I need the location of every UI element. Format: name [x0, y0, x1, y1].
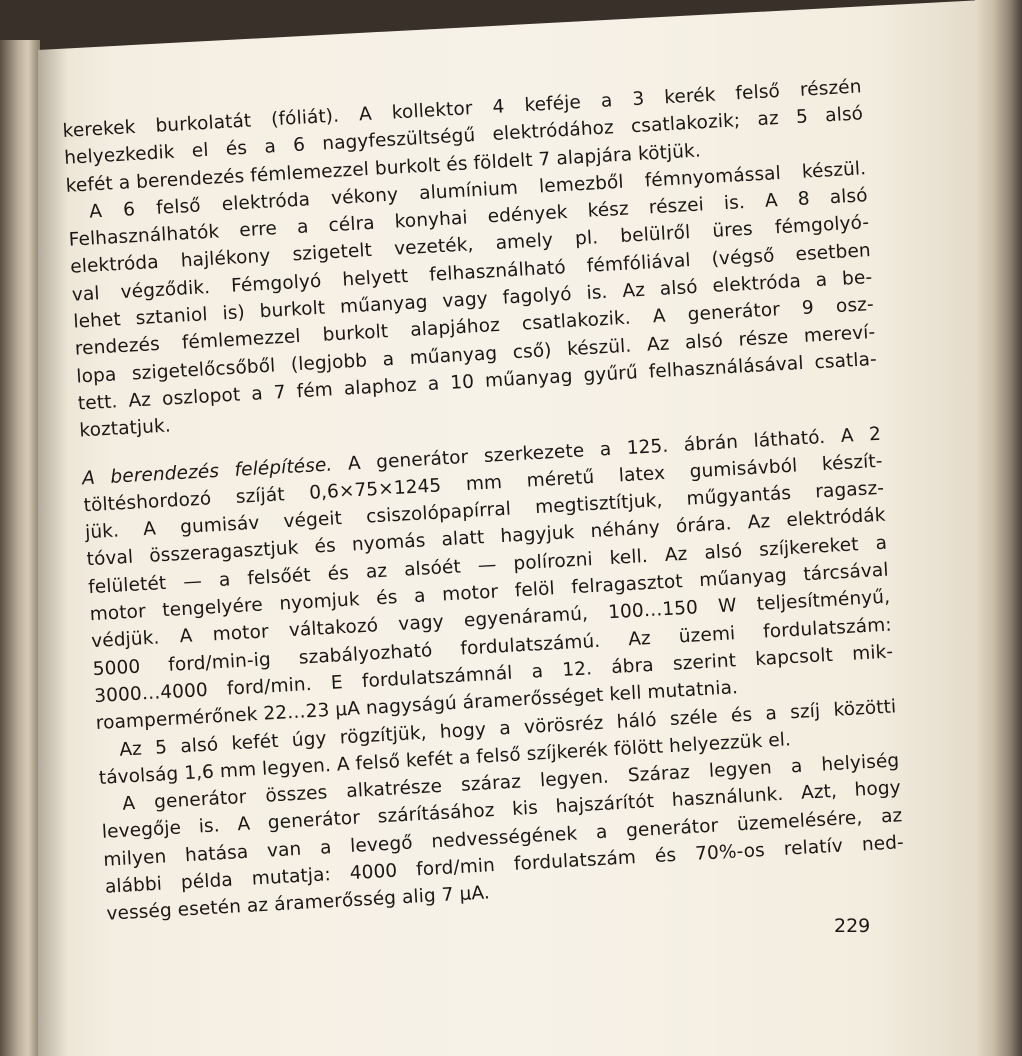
- paragraph-3: A berendezés felépítése. A generátor sze…: [81, 420, 895, 737]
- right-page-stack-edge: [975, 0, 1022, 1056]
- scanned-book-page-scene: kerekek burkolatát (fóliát). A kollektor…: [0, 0, 1022, 1056]
- page-body-text: kerekek burkolatát (fóliát). A kollektor…: [62, 73, 906, 928]
- page-number: 229: [834, 915, 870, 937]
- paragraph-2: A 6 felső elektróda vékony alumínium lem…: [67, 155, 879, 445]
- left-page-edge: [0, 40, 40, 1056]
